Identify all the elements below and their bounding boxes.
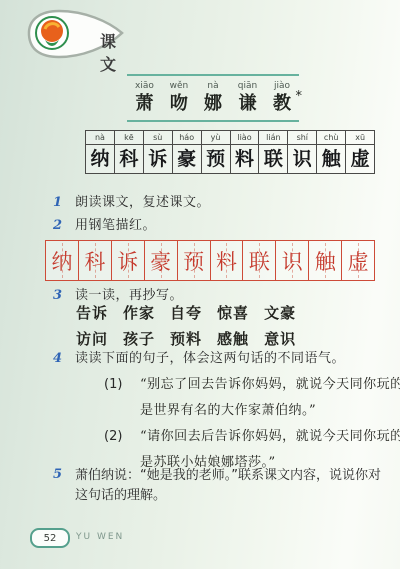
title-pinyin: qiān xyxy=(238,80,257,92)
cell-character: 料 xyxy=(231,145,259,173)
cell-pinyin: nà xyxy=(86,131,114,145)
exercise-4: 4 读读下面的句子，体会这两句话的不同语气。 xyxy=(53,350,345,367)
cell-character: 豪 xyxy=(173,145,201,173)
cell-character: 虚 xyxy=(346,145,374,173)
trace-character: 联 xyxy=(249,246,270,276)
character-cell: yù 预 xyxy=(202,131,231,173)
cell-pinyin: xū xyxy=(346,131,374,145)
trace-cell: 诉 xyxy=(112,241,145,280)
sentence-item-1: (1) “别忘了回去告诉你妈妈，就说今天同你玩的是世界有名的大作家萧伯纳。” xyxy=(104,372,400,424)
exercise-number: 1 xyxy=(53,194,67,211)
cell-pinyin: sù xyxy=(144,131,172,145)
trace-character: 虚 xyxy=(348,246,369,276)
character-cell: chù 触 xyxy=(317,131,346,173)
word-list-row-2: 访问 孩子 预料 感触 意识 xyxy=(76,330,296,348)
title-character: 吻 xyxy=(170,92,188,115)
title-character: 谦 xyxy=(238,92,256,115)
exercise-1: 1 朗读课文，复述课文。 xyxy=(53,194,210,211)
exercise-3: 3 读一读，再抄写。 xyxy=(53,287,183,304)
tracing-grid: 纳 科 诉 豪 预 料 联 识 触 虚 xyxy=(45,240,375,281)
trace-cell: 料 xyxy=(211,241,244,280)
exercise-text: 读读下面的句子，体会这两句话的不同语气。 xyxy=(75,350,345,367)
exercise-2: 2 用钢笔描红。 xyxy=(53,217,156,234)
cell-character: 联 xyxy=(259,145,287,173)
exercise-text: 萧伯纳说：“她是我的老师。”联系课文内容，说说你对这句话的理解。 xyxy=(75,466,391,506)
title-syllable: jiào 教 xyxy=(273,80,291,115)
word: 自夸 xyxy=(170,304,202,322)
character-cell: kē 科 xyxy=(115,131,144,173)
title-syllable: qiān 谦 xyxy=(238,80,257,115)
title-pinyin: wěn xyxy=(170,80,189,92)
cell-pinyin: háo xyxy=(173,131,201,145)
cell-pinyin: kē xyxy=(115,131,143,145)
subject-label: YU WEN xyxy=(76,532,124,542)
word: 意识 xyxy=(264,330,296,348)
title-syllable: nà 娜 xyxy=(204,80,222,115)
trace-cell: 纳 xyxy=(46,241,79,280)
word: 预料 xyxy=(170,330,202,348)
lesson-title-block: xiāo 萧 wěn 吻 nà 娜 qiān 谦 jiào 教 * xyxy=(127,74,299,122)
trace-character: 识 xyxy=(282,246,303,276)
trace-cell: 豪 xyxy=(145,241,178,280)
word: 感触 xyxy=(217,330,249,348)
trace-character: 触 xyxy=(315,246,336,276)
trace-character: 豪 xyxy=(150,246,171,276)
section-label: 课文 xyxy=(100,29,126,75)
cell-character: 诉 xyxy=(144,145,172,173)
exercise-number: 5 xyxy=(53,466,67,483)
lesson-title: xiāo 萧 wěn 吻 nà 娜 qiān 谦 jiào 教 * xyxy=(135,80,291,115)
cell-pinyin: liào xyxy=(231,131,259,145)
trace-cell: 预 xyxy=(178,241,211,280)
page-number: 52 xyxy=(44,533,57,544)
character-cell: sù 诉 xyxy=(144,131,173,173)
cell-character: 纳 xyxy=(86,145,114,173)
word-list-row-1: 告诉 作家 自夸 惊喜 文豪 xyxy=(76,304,296,322)
character-cell: shí 识 xyxy=(288,131,317,173)
cell-pinyin: chù xyxy=(317,131,345,145)
character-cell: lián 联 xyxy=(259,131,288,173)
cell-pinyin: lián xyxy=(259,131,287,145)
cell-pinyin: shí xyxy=(288,131,316,145)
trace-character: 科 xyxy=(84,246,105,276)
cell-character: 预 xyxy=(202,145,230,173)
word: 孩子 xyxy=(123,330,155,348)
title-footnote-mark: * xyxy=(296,89,303,104)
cell-character: 科 xyxy=(115,145,143,173)
title-pinyin: xiāo xyxy=(135,80,154,92)
cell-character: 触 xyxy=(317,145,345,173)
trace-character: 料 xyxy=(216,246,237,276)
trace-character: 预 xyxy=(183,246,204,276)
exercise-number: 2 xyxy=(53,217,67,234)
character-cell: liào 料 xyxy=(231,131,260,173)
word: 告诉 xyxy=(76,304,108,322)
cell-pinyin: yù xyxy=(202,131,230,145)
title-pinyin: jiào xyxy=(274,80,290,92)
character-cell: xū 虚 xyxy=(346,131,374,173)
textbook-page: 课文 xiāo 萧 wěn 吻 nà 娜 qiān 谦 jiào 教 xyxy=(0,0,400,569)
new-character-table: nà 纳 kē 科 sù 诉 háo 豪 yù 预 liào 料 lián 联 … xyxy=(85,130,375,174)
trace-cell: 虚 xyxy=(342,241,374,280)
title-character: 萧 xyxy=(135,92,153,115)
trace-cell: 联 xyxy=(243,241,276,280)
title-character: 教 xyxy=(273,92,291,115)
exercise-text: 读一读，再抄写。 xyxy=(75,287,183,304)
character-cell: háo 豪 xyxy=(173,131,202,173)
trace-cell: 科 xyxy=(79,241,112,280)
trace-character: 诉 xyxy=(117,246,138,276)
word: 作家 xyxy=(123,304,155,322)
trace-cell: 识 xyxy=(276,241,309,280)
title-pinyin: nà xyxy=(207,80,218,92)
exercise-text: 用钢笔描红。 xyxy=(75,217,156,234)
page-number-badge: 52 xyxy=(30,528,70,548)
character-cell: nà 纳 xyxy=(86,131,115,173)
sentence-text: “别忘了回去告诉你妈妈，就说今天同你玩的是世界有名的大作家萧伯纳。” xyxy=(140,372,400,424)
title-character: 娜 xyxy=(204,92,222,115)
exercise-number: 3 xyxy=(53,287,67,304)
exercise-text: 朗读课文，复述课文。 xyxy=(75,194,210,211)
word: 文豪 xyxy=(264,304,296,322)
exercise-number: 4 xyxy=(53,350,67,367)
exercise-5: 5 萧伯纳说：“她是我的老师。”联系课文内容，说说你对这句话的理解。 xyxy=(53,466,391,506)
sentence-label: (1) xyxy=(104,372,128,424)
word: 访问 xyxy=(76,330,108,348)
cell-character: 识 xyxy=(288,145,316,173)
lesson-section-logo: 课文 xyxy=(24,7,126,61)
trace-character: 纳 xyxy=(51,246,72,276)
word: 惊喜 xyxy=(217,304,249,322)
title-syllable: wěn 吻 xyxy=(170,80,189,115)
title-syllable: xiāo 萧 xyxy=(135,80,154,115)
trace-cell: 触 xyxy=(309,241,342,280)
